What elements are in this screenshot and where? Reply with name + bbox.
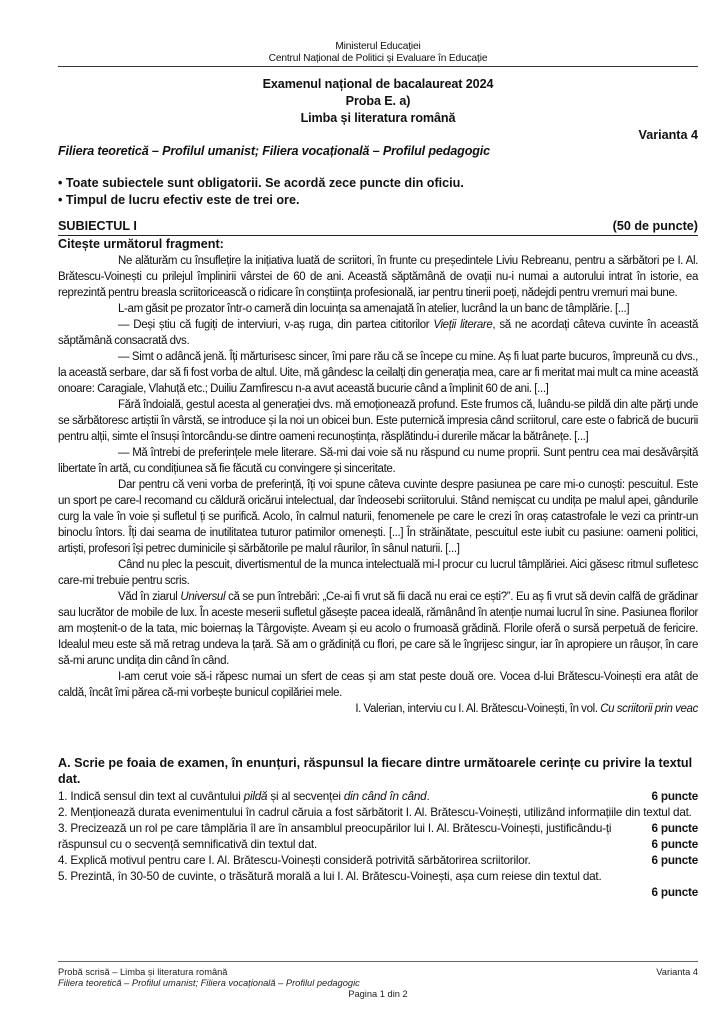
paragraph: Văd în ziarul Universul că se pun întreb… <box>58 589 698 669</box>
instruction-item: Timpul de lucru efectiv este de trei ore… <box>58 192 464 209</box>
fragment-text: Ne alăturăm cu însuflețire la inițiativa… <box>58 253 698 717</box>
task-item: 2. Menționează durata evenimentului în c… <box>58 805 698 821</box>
header-rule <box>58 66 698 67</box>
instruction-item: Toate subiectele sunt obligatorii. Se ac… <box>58 175 464 192</box>
footer-variant: Varianta 4 <box>656 967 698 978</box>
paragraph: Dar pentru că veni vorba de preferință, … <box>58 477 698 557</box>
task-points: 6 puncte <box>652 853 698 869</box>
ministry-name: Ministerul Educației <box>58 41 698 53</box>
paragraph: — Deși știu că fugiți de interviuri, v-a… <box>58 317 698 349</box>
exam-title: Examenul național de bacalaureat 2024 <box>58 76 698 94</box>
page-number: Pagina 1 din 2 <box>58 989 698 1000</box>
subject-heading: SUBIECTUL I (50 de puncte) <box>58 219 698 236</box>
footer-rule <box>58 961 698 962</box>
task-item: 1. Indică sensul din text al cuvântului … <box>58 789 698 805</box>
task-list: 1. Indică sensul din text al cuvântului … <box>58 789 698 901</box>
task-points: 6 puncte <box>652 837 698 853</box>
section-a-heading: A. Scrie pe foaia de examen, în enunțuri… <box>58 755 698 787</box>
paragraph: — Mă întrebi de preferințele mele litera… <box>58 445 698 477</box>
subject-points: (50 de puncte) <box>613 219 698 234</box>
paragraph: L-am găsit pe prozator într-o cameră din… <box>58 301 698 317</box>
magazine-title: Vieții literare <box>433 319 492 331</box>
footer-filiera: Filiera teoretică – Profilul umanist; Fi… <box>58 978 360 988</box>
paragraph: I-am cerut voie să-i răpesc numai un sfe… <box>58 669 698 701</box>
filiera-label: Filiera teoretică – Profilul umanist; Fi… <box>58 144 490 158</box>
task-points: 6 puncte <box>652 789 698 805</box>
paragraph: Când nu plec la pescuit, divertismentul … <box>58 557 698 589</box>
paragraph: — Simt o adâncă jenă. Îți mărturisesc si… <box>58 349 698 397</box>
proba-title: Proba E. a) <box>58 93 698 111</box>
newspaper-title: Universul <box>180 591 225 603</box>
center-name: Centrul Național de Politici și Evaluare… <box>58 53 698 65</box>
subject-title: Limba și literatura română <box>58 110 698 128</box>
subject-title: SUBIECTUL I <box>58 219 137 233</box>
paragraph: Ne alăturăm cu însuflețire la inițiativa… <box>58 253 698 301</box>
read-prompt: Citește următorul fragment: <box>58 237 224 251</box>
footer: Probă scrisă – Limba și literatura român… <box>58 967 698 1000</box>
instructions-list: Toate subiectele sunt obligatorii. Se ac… <box>58 175 464 209</box>
variant-label: Varianta 4 <box>638 128 698 142</box>
task-points: 6 puncte <box>58 885 698 901</box>
task-item: 4. Explică motivul pentru care I. Al. Br… <box>58 853 698 869</box>
book-title: Cu scriitorii prin veac <box>600 703 698 715</box>
task-item: 5. Prezintă, în 30-50 de cuvinte, o trăs… <box>58 869 698 901</box>
footer-exam: Probă scrisă – Limba și literatura român… <box>58 967 227 977</box>
paragraph: Fără îndoială, gestul acesta al generați… <box>58 397 698 445</box>
source-citation: I. Valerian, interviu cu I. Al. Brătescu… <box>58 701 698 717</box>
task-item: 3. Precizează un rol pe care tâmplăria î… <box>58 821 698 853</box>
